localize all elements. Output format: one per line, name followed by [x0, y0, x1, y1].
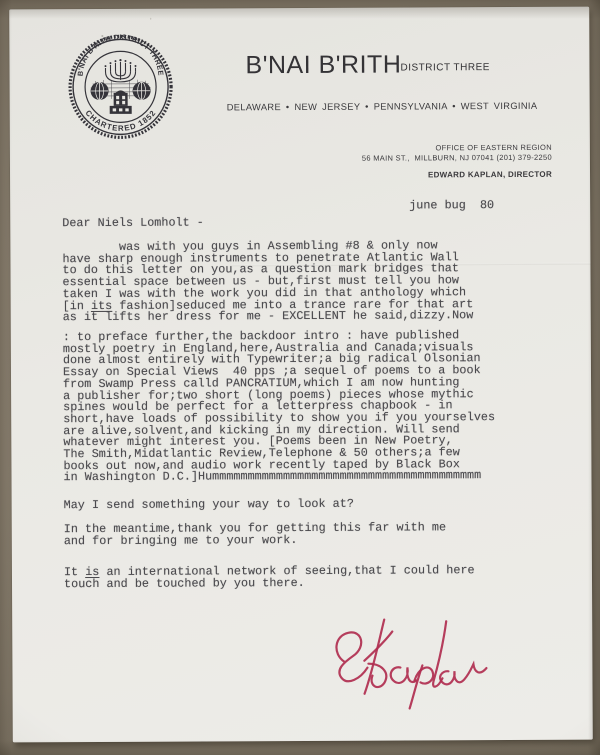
date-line: june bug 80 [409, 200, 494, 212]
bnai-brith-seal: B'NAI B'RITH DISTRICT THREE CHARTERED 18… [65, 32, 176, 143]
signature-scribble [322, 605, 498, 714]
ink-speck [101, 35, 103, 37]
office-address-block: OFFICE OF EASTERN REGION56 MAIN ST., MIL… [362, 143, 552, 165]
ink-speck [150, 18, 151, 20]
letter-paper: B'NAI B'RITH DISTRICT THREE CHARTERED 18… [9, 7, 593, 743]
office-street-line: 56 MAIN ST., MILLBURN, NJ 07041 (201) 37… [362, 153, 552, 163]
states-line: DELAWARE • NEW JERSEY • PENNSYLVANIA • W… [227, 101, 538, 113]
question-line: May I send something your way to look at… [64, 499, 354, 512]
office-region-line: OFFICE OF EASTERN REGION [435, 143, 551, 153]
seal-globe-right-icon [133, 82, 151, 100]
thanks-paragraph: In the meantime,thank you for getting th… [64, 522, 446, 547]
body-paragraph-2: : to preface further,the backdoor intro … [63, 330, 496, 484]
body-paragraph-1: was with you guys in Assembling #8 & onl… [62, 240, 473, 324]
org-name: B'NAI B'RITH [245, 51, 401, 81]
closing-text-cont: an international network of seeing,that … [64, 563, 475, 591]
paragraph-1-text-cont: fashion]seduced me into a trance rare fo… [63, 297, 474, 325]
salutation-line: Dear Niels Lomholt - [62, 217, 204, 229]
director-line: EDWARD KAPLAN, DIRECTOR [428, 170, 552, 180]
seal-ark-icon [110, 90, 132, 114]
seal-globe-left-icon [91, 82, 109, 100]
closing-paragraph: It is an international network of seeing… [64, 565, 475, 590]
seal-menorah-icon [104, 59, 136, 82]
photo-backdrop: B'NAI B'RITH DISTRICT THREE CHARTERED 18… [0, 0, 600, 755]
org-subtitle: DISTRICT THREE [400, 62, 489, 73]
